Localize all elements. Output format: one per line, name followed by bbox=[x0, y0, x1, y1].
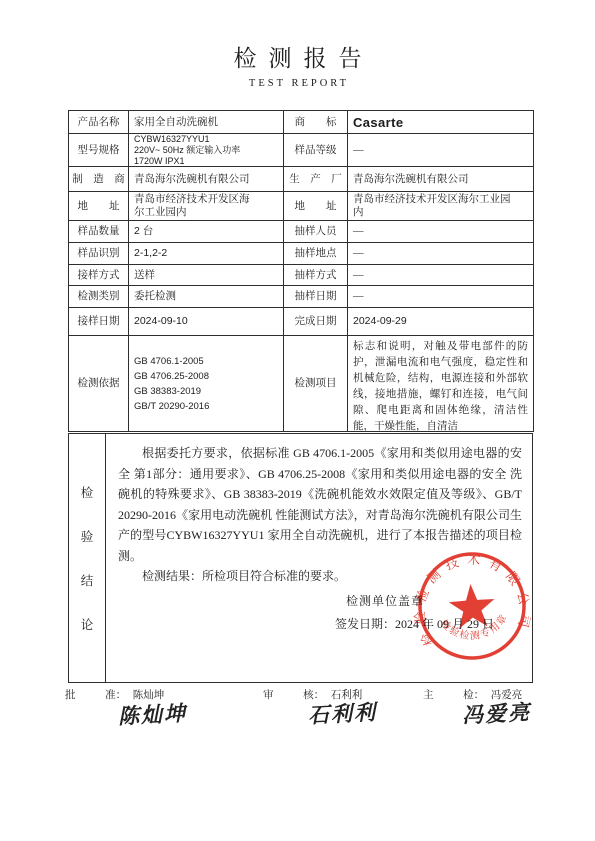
conclusion-char-3: 结 bbox=[81, 571, 94, 589]
value-sampling-date: — bbox=[348, 286, 534, 308]
label-sample-id: 样品识别 bbox=[69, 243, 129, 265]
label-sampling-place: 抽样地点 bbox=[284, 243, 348, 265]
value-factory-address: 青岛市经济技术开发区海尔工业园 内 bbox=[348, 192, 534, 221]
label-factory: 生 产 厂 bbox=[284, 167, 348, 192]
label-product-name: 产品名称 bbox=[69, 111, 129, 134]
reviewer-role-left: 审 bbox=[263, 687, 274, 702]
signoff-footer: 批 准： 陈灿坤 陈灿坤 审 核： 石利利 石利利 主 检： 冯爱亮 冯爱亮 bbox=[0, 687, 595, 757]
label-test-basis: 检测依据 bbox=[69, 336, 129, 432]
label-model-spec: 型号规格 bbox=[69, 134, 129, 167]
sample-info-table: 产品名称 家用全自动洗碗机 商 标 Casarte 型号规格 CYBW16327… bbox=[68, 110, 534, 432]
value-sampling-method: — bbox=[348, 265, 534, 286]
label-complete-date: 完成日期 bbox=[284, 308, 348, 336]
label-sampling-date: 抽样日期 bbox=[284, 286, 348, 308]
conclusion-section: 检 验 结 论 根据委托方要求，依据标准 GB 4706.1-2005《家用和类… bbox=[68, 433, 533, 683]
conclusion-char-1: 检 bbox=[81, 483, 94, 501]
label-trademark: 商 标 bbox=[284, 111, 348, 134]
value-sample-qty: 2 台 bbox=[129, 221, 284, 243]
page-title: 检测报告 bbox=[0, 40, 595, 73]
value-test-basis: GB 4706.1-2005 GB 4706.25-2008 GB 38383-… bbox=[129, 336, 284, 432]
approver-role-left: 批 bbox=[65, 687, 76, 702]
label-mfr-address: 地 址 bbox=[69, 192, 129, 221]
value-sampler: — bbox=[348, 221, 534, 243]
conclusion-char-4: 论 bbox=[81, 615, 94, 633]
label-sample-grade: 样品等级 bbox=[284, 134, 348, 167]
value-receiving-method: 送样 bbox=[129, 265, 284, 286]
value-test-items: 标志和说明，对触及带电部件的防护，泄漏电流和电气强度，稳定性和机械危险，结构，电… bbox=[348, 336, 534, 432]
company-seal-stamp: 检验检测技术有限公司 检验检测专用章 bbox=[397, 531, 546, 680]
value-manufacturer: 青岛海尔洗碗机有限公司 bbox=[129, 167, 284, 192]
label-test-category: 检测类别 bbox=[69, 286, 129, 308]
value-trademark: Casarte bbox=[348, 111, 534, 134]
label-sampling-method: 抽样方式 bbox=[284, 265, 348, 286]
report-page: 检测报告 TEST REPORT 产品名称 家用全自动洗碗机 商 标 Casar… bbox=[0, 0, 595, 841]
report-header: 检测报告 TEST REPORT bbox=[0, 40, 595, 89]
label-receiving-method: 接样方式 bbox=[69, 265, 129, 286]
label-sample-qty: 样品数量 bbox=[69, 221, 129, 243]
value-sample-grade: — bbox=[348, 134, 534, 167]
conclusion-char-2: 验 bbox=[81, 527, 94, 545]
conclusion-vertical-label: 检 验 结 论 bbox=[69, 434, 106, 682]
label-manufacturer: 制 造 商 bbox=[69, 167, 129, 192]
value-factory: 青岛海尔洗碗机有限公司 bbox=[348, 167, 534, 192]
label-receive-date: 接样日期 bbox=[69, 308, 129, 336]
value-test-category: 委托检测 bbox=[129, 286, 284, 308]
label-test-items: 检测项目 bbox=[284, 336, 348, 432]
reviewer-signature: 石利利 bbox=[307, 696, 377, 730]
approver-signature: 陈灿坤 bbox=[117, 697, 187, 731]
page-subtitle: TEST REPORT bbox=[0, 78, 595, 89]
value-complete-date: 2024-09-29 bbox=[348, 308, 534, 336]
label-factory-address: 地 址 bbox=[284, 192, 348, 221]
value-receive-date: 2024-09-10 bbox=[129, 308, 284, 336]
tester-signature: 冯爱亮 bbox=[461, 696, 531, 730]
seal-star-icon bbox=[448, 582, 497, 628]
label-sampler: 抽样人员 bbox=[284, 221, 348, 243]
value-mfr-address: 青岛市经济技术开发区海 尔工业园内 bbox=[129, 192, 284, 221]
value-sample-id: 2-1,2-2 bbox=[129, 243, 284, 265]
value-product-name: 家用全自动洗碗机 bbox=[129, 111, 284, 134]
tester-role-left: 主 bbox=[423, 687, 434, 702]
value-sampling-place: — bbox=[348, 243, 534, 265]
value-model-spec: CYBW16327YYU1 220V~ 50Hz 额定输入功率 1720W IP… bbox=[129, 134, 284, 167]
